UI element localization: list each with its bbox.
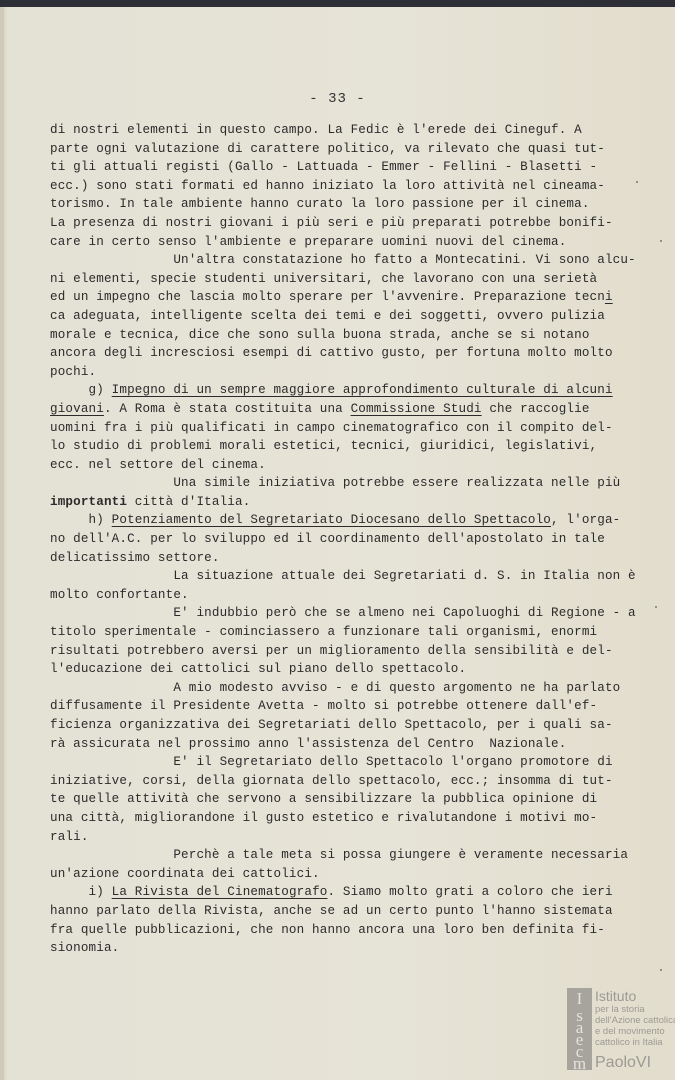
text-line: titolo sperimentale - cominciassero a fu…	[50, 623, 650, 642]
underlined-heading: Potenziamento del Segretariato Diocesano…	[112, 513, 551, 527]
text-line: ed un impegno che lascia molto sperare p…	[50, 288, 650, 307]
text-run: ti gli attuali registi (Gallo - Lattuada…	[50, 160, 597, 174]
text-run: Perchè a tale meta si possa giungere è v…	[50, 848, 628, 862]
text-line: delicatissimo settore.	[50, 549, 650, 568]
text-line: rali.	[50, 828, 650, 847]
text-line: risultati potrebbero aversi per un migli…	[50, 642, 650, 661]
text-line: giovani. A Roma è stata costituita una C…	[50, 400, 650, 419]
text-line: ca adeguata, intelligente scelta dei tem…	[50, 307, 650, 326]
text-run: La presenza di nostri giovani i più seri…	[50, 216, 613, 230]
text-line: ancora degli incresciosi esempi di catti…	[50, 344, 650, 363]
text-line: Un'altra constatazione ho fatto a Montec…	[50, 251, 650, 270]
text-run: risultati potrebbero aversi per un migli…	[50, 644, 613, 658]
text-line: ficienza organizzativa dei Segretariati …	[50, 716, 650, 735]
text-line: uomini fra i più qualificati in campo ci…	[50, 419, 650, 438]
text-run: rali.	[50, 830, 89, 844]
text-line: rà assicurata nel prossimo anno l'assist…	[50, 735, 650, 754]
text-run: A mio modesto avviso - e di questo argom…	[50, 681, 620, 695]
text-line: ti gli attuali registi (Gallo - Lattuada…	[50, 158, 650, 177]
text-run: lo studio di problemi morali estetici, t…	[50, 439, 597, 453]
typewritten-body: di nostri elementi in questo campo. La F…	[50, 121, 650, 958]
text-run: un'azione coordinata dei cattolici.	[50, 867, 320, 881]
text-run: fra quelle pubblicazioni, che non hanno …	[50, 923, 605, 937]
underlined-heading: La Rivista del Cinematografo	[112, 885, 328, 899]
scan-left-edge	[0, 7, 4, 1080]
text-run: te quelle attività che servono a sensibi…	[50, 792, 597, 806]
text-run: parte ogni valutazione di carattere poli…	[50, 142, 605, 156]
text-line: fra quelle pubblicazioni, che non hanno …	[50, 921, 650, 940]
text-line: i) La Rivista del Cinematografo. Siamo m…	[50, 883, 650, 902]
text-line: La presenza di nostri giovani i più seri…	[50, 214, 650, 233]
text-line: te quelle attività che servono a sensibi…	[50, 790, 650, 809]
text-run: La situazione attuale dei Segretariati d…	[50, 569, 636, 583]
text-line: parte ogni valutazione di carattere poli…	[50, 140, 650, 159]
text-run: no dell'A.C. per lo sviluppo ed il coord…	[50, 532, 605, 546]
text-run: . Siamo molto grati a coloro che ieri	[327, 885, 612, 899]
text-line: no dell'A.C. per lo sviluppo ed il coord…	[50, 530, 650, 549]
underlined-heading: giovani	[50, 402, 104, 416]
page-number: - 33 -	[0, 91, 675, 107]
text-line: di nostri elementi in questo campo. La F…	[50, 121, 650, 140]
text-line: g) Impegno di un sempre maggiore approfo…	[50, 381, 650, 400]
text-line: h) Potenziamento del Segretariato Dioces…	[50, 511, 650, 530]
watermark-logo: Isaecm Istituto per la storia dell'Azion…	[567, 988, 675, 1073]
isacem-monogram-icon: Isaecm	[567, 988, 592, 1070]
text-run: ni elementi, specie studenti universitar…	[50, 272, 597, 286]
logo-subtitle: per la storia dell'Azione cattolica e de…	[595, 1004, 675, 1048]
text-run: care in certo senso l'ambiente e prepara…	[50, 235, 566, 249]
text-run: ed un impegno che lascia molto sperare p…	[50, 290, 605, 304]
text-line: Una simile iniziativa potrebbe essere re…	[50, 474, 650, 493]
text-line: pochi.	[50, 363, 650, 382]
text-run: importanti	[50, 495, 127, 509]
text-line: lo studio di problemi morali estetici, t…	[50, 437, 650, 456]
text-line: La situazione attuale dei Segretariati d…	[50, 567, 650, 586]
text-run: . A Roma è stata costituita una	[104, 402, 351, 416]
underlined-heading: Impegno di un sempre maggiore approfondi…	[112, 383, 613, 397]
text-run: ficienza organizzativa dei Segretariati …	[50, 718, 613, 732]
underlined-heading: Commissione Studi	[351, 402, 482, 416]
text-run: ancora degli incresciosi esempi di catti…	[50, 346, 613, 360]
text-line: torismo. In tale ambiente hanno curato l…	[50, 195, 650, 214]
text-run: delicatissimo settore.	[50, 551, 220, 565]
text-line: Perchè a tale meta si possa giungere è v…	[50, 846, 650, 865]
text-run: ca adeguata, intelligente scelta dei tem…	[50, 309, 605, 323]
text-line: hanno parlato della Rivista, anche se ad…	[50, 902, 650, 921]
margin-mark	[660, 240, 662, 242]
text-run: h)	[50, 513, 112, 527]
text-run: pochi.	[50, 365, 96, 379]
text-run: E' indubbio però che se almeno nei Capol…	[50, 606, 636, 620]
text-line: l'educazione dei cattolici sul piano del…	[50, 660, 650, 679]
logo-title: Istituto	[595, 988, 636, 1004]
text-run: Un'altra constatazione ho fatto a Montec…	[50, 253, 636, 267]
text-run: E' il Segretariato dello Spettacolo l'or…	[50, 755, 613, 769]
text-run: i)	[50, 885, 112, 899]
text-run: ecc. nel settore del cinema.	[50, 458, 266, 472]
text-run: di nostri elementi in questo campo. La F…	[50, 123, 582, 137]
text-run: che raccoglie	[482, 402, 590, 416]
text-line: ecc.) sono stati formati ed hanno inizia…	[50, 177, 650, 196]
text-run: iniziative, corsi, della giornata dello …	[50, 774, 613, 788]
text-line: E' il Segretariato dello Spettacolo l'or…	[50, 753, 650, 772]
text-run: titolo sperimentale - cominciassero a fu…	[50, 625, 597, 639]
text-run: città d'Italia.	[127, 495, 250, 509]
text-run: morale e tecnica, dice che sono sulla bu…	[50, 328, 590, 342]
text-run: ecc.) sono stati formati ed hanno inizia…	[50, 179, 605, 193]
text-line: ecc. nel settore del cinema.	[50, 456, 650, 475]
text-run: hanno parlato della Rivista, anche se ad…	[50, 904, 613, 918]
text-run: diffusamente il Presidente Avetta - molt…	[50, 699, 597, 713]
margin-mark	[636, 181, 638, 183]
logo-name: PaoloVI	[595, 1054, 651, 1072]
text-line: ni elementi, specie studenti universitar…	[50, 270, 650, 289]
text-run: l'educazione dei cattolici sul piano del…	[50, 662, 466, 676]
margin-mark	[655, 606, 657, 608]
text-run: Una simile iniziativa potrebbe essere re…	[50, 476, 620, 490]
margin-mark	[660, 969, 662, 971]
text-line: E' indubbio però che se almeno nei Capol…	[50, 604, 650, 623]
text-run: , l'orga-	[551, 513, 620, 527]
text-run: g)	[50, 383, 112, 397]
text-run: torismo. In tale ambiente hanno curato l…	[50, 197, 590, 211]
text-line: molto confortante.	[50, 586, 650, 605]
text-run: sionomia.	[50, 941, 119, 955]
text-line: importanti città d'Italia.	[50, 493, 650, 512]
text-line: una città, migliorandone il gusto esteti…	[50, 809, 650, 828]
monogram-letter: m	[567, 1058, 592, 1070]
text-line: A mio modesto avviso - e di questo argom…	[50, 679, 650, 698]
text-line: iniziative, corsi, della giornata dello …	[50, 772, 650, 791]
text-run: rà assicurata nel prossimo anno l'assist…	[50, 737, 566, 751]
text-line: sionomia.	[50, 939, 650, 958]
text-run: uomini fra i più qualificati in campo ci…	[50, 421, 613, 435]
text-run: molto confortante.	[50, 588, 189, 602]
underlined-heading: i	[605, 290, 613, 304]
text-line: un'azione coordinata dei cattolici.	[50, 865, 650, 884]
scan-top-edge	[0, 0, 675, 7]
text-line: diffusamente il Presidente Avetta - molt…	[50, 697, 650, 716]
text-line: care in certo senso l'ambiente e prepara…	[50, 233, 650, 252]
text-run: una città, migliorandone il gusto esteti…	[50, 811, 597, 825]
text-line: morale e tecnica, dice che sono sulla bu…	[50, 326, 650, 345]
